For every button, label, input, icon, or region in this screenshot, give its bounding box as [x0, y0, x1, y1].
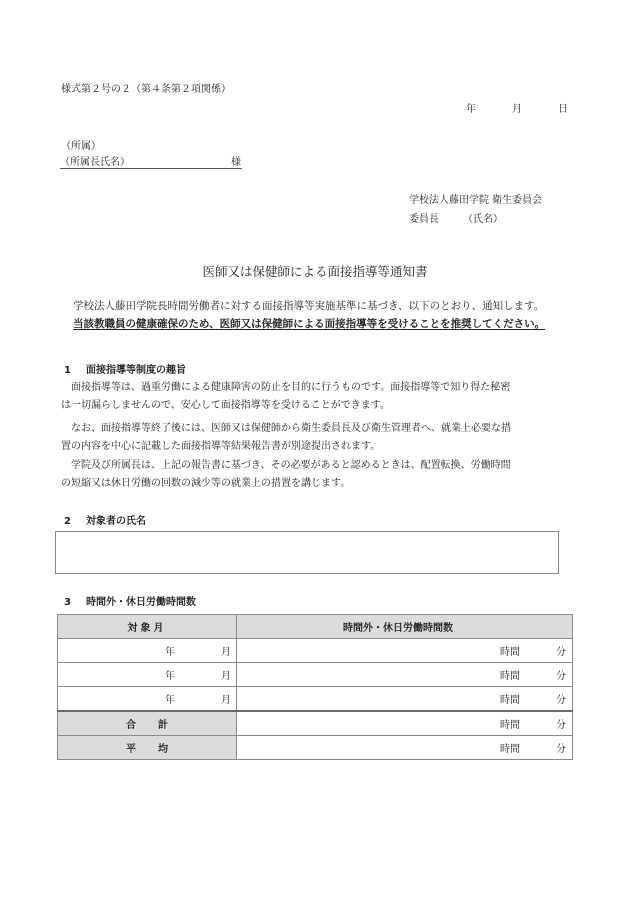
section-1-paragraph-2: なお、面接指導等終了後には、医師又は保健師から衛生委員長及び衛生管理者へ、就業上…	[61, 420, 511, 456]
minutes-label: 分	[556, 720, 566, 731]
date-year-label: 年	[466, 100, 512, 115]
addressee-label: （所属長氏名）	[60, 153, 130, 168]
minutes-label: 分	[556, 744, 566, 755]
section-2-title: 対象者の氏名	[86, 516, 146, 527]
honorific: 様	[231, 153, 241, 168]
month-cell[interactable]: 年月	[58, 687, 237, 712]
hours-label: 時間	[500, 647, 520, 658]
affiliation-label: （所属）	[61, 137, 101, 152]
minutes-label: 分	[556, 695, 566, 706]
addressee-line[interactable]: （所属長氏名） 様	[60, 152, 242, 169]
date-month-label: 月	[512, 100, 558, 115]
hours-cell[interactable]: 時間分	[237, 663, 573, 687]
month-label: 月	[221, 671, 231, 682]
section-1-title: 面接指導等制度の趣旨	[86, 365, 186, 376]
month-cell[interactable]: 年月	[58, 639, 237, 663]
overtime-hours-table: 対象月 時間外・休日労働時間数 年月 時間分 年月 時間分 年月 時間分 合計 …	[57, 614, 573, 760]
year-label: 年	[165, 647, 175, 658]
section-2-heading: 2対象者の氏名	[64, 512, 146, 527]
document-title: 医師又は保健師による面接指導等通知書	[0, 262, 630, 280]
section-2-number: 2	[64, 516, 86, 527]
section-3-title: 時間外・休日労働時間数	[86, 597, 196, 608]
intro-text: 学校法人藤田学院長時間労働者に対する面接指導等実施基準に基づき、以下のとおり、通…	[73, 298, 544, 313]
month-label: 月	[221, 647, 231, 658]
month-cell[interactable]: 年月	[58, 663, 237, 687]
date-day-label: 日	[558, 100, 568, 115]
paragraph-line: 面接指導等は、過重労働による健康障害の防止を目的に行うものです。面接指導等で知り…	[61, 379, 510, 397]
form-number: 様式第２号の２（第４条第２項関係）	[61, 80, 231, 95]
month-label: 月	[221, 695, 231, 706]
total-hours-cell[interactable]: 時間分	[237, 711, 573, 736]
section-1-number: 1	[64, 365, 86, 376]
paragraph-line: 学院及び所属長は、上記の報告書に基づき、その必要があると認めるときは、配置転換、…	[61, 457, 511, 475]
paragraph-line: は一切漏らしませんので、安心して面接指導等を受けることができます。	[61, 397, 510, 415]
issuer-organization: 学校法人藤田学院 衛生委員会	[409, 191, 542, 206]
paragraph-line: なお、面接指導等終了後には、医師又は保健師から衛生委員長及び衛生管理者へ、就業上…	[61, 420, 511, 438]
hours-label: 時間	[500, 744, 520, 755]
minutes-label: 分	[556, 647, 566, 658]
issuer-line: 委員長（氏名）	[409, 210, 503, 225]
column-header-overtime-hours: 時間外・休日労働時間数	[237, 615, 573, 639]
table-header-row: 対象月 時間外・休日労働時間数	[58, 615, 573, 639]
hours-cell[interactable]: 時間分	[237, 687, 573, 712]
date-field[interactable]: 年 月 日	[466, 100, 568, 115]
average-hours-cell[interactable]: 時間分	[237, 736, 573, 760]
section-1-paragraph-3: 学院及び所属長は、上記の報告書に基づき、その必要があると認めるときは、配置転換、…	[61, 457, 511, 493]
section-1-heading: 1面接指導等制度の趣旨	[64, 361, 186, 376]
paragraph-line: 置の内容を中心に記載した面接指導等結果報告書が別途提出されます。	[61, 438, 511, 456]
hours-label: 時間	[500, 720, 520, 731]
year-label: 年	[165, 671, 175, 682]
issuer-name-label: （氏名）	[463, 214, 503, 225]
issuer-title: 委員長	[409, 214, 439, 225]
section-3-number: 3	[64, 597, 86, 608]
hours-cell[interactable]: 時間分	[237, 639, 573, 663]
total-label: 合計	[58, 711, 237, 736]
table-row: 年月 時間分	[58, 687, 573, 712]
target-name-field[interactable]	[55, 531, 559, 574]
year-label: 年	[165, 695, 175, 706]
hours-label: 時間	[500, 695, 520, 706]
section-1-paragraph-1: 面接指導等は、過重労働による健康障害の防止を目的に行うものです。面接指導等で知り…	[61, 379, 510, 415]
recommendation-text: 当該教職員の健康確保のため、医師又は保健師による面接指導等を受けることを推奨して…	[73, 316, 545, 331]
minutes-label: 分	[556, 671, 566, 682]
column-header-target-month: 対象月	[58, 615, 237, 639]
section-3-heading: 3時間外・休日労働時間数	[64, 593, 196, 608]
average-label: 平均	[58, 736, 237, 760]
hours-label: 時間	[500, 671, 520, 682]
table-row: 年月 時間分	[58, 639, 573, 663]
average-row: 平均 時間分	[58, 736, 573, 760]
paragraph-line: の短縮又は休日労働の回数の減少等の就業上の措置を講じます。	[61, 475, 511, 493]
table-row: 年月 時間分	[58, 663, 573, 687]
total-row: 合計 時間分	[58, 711, 573, 736]
